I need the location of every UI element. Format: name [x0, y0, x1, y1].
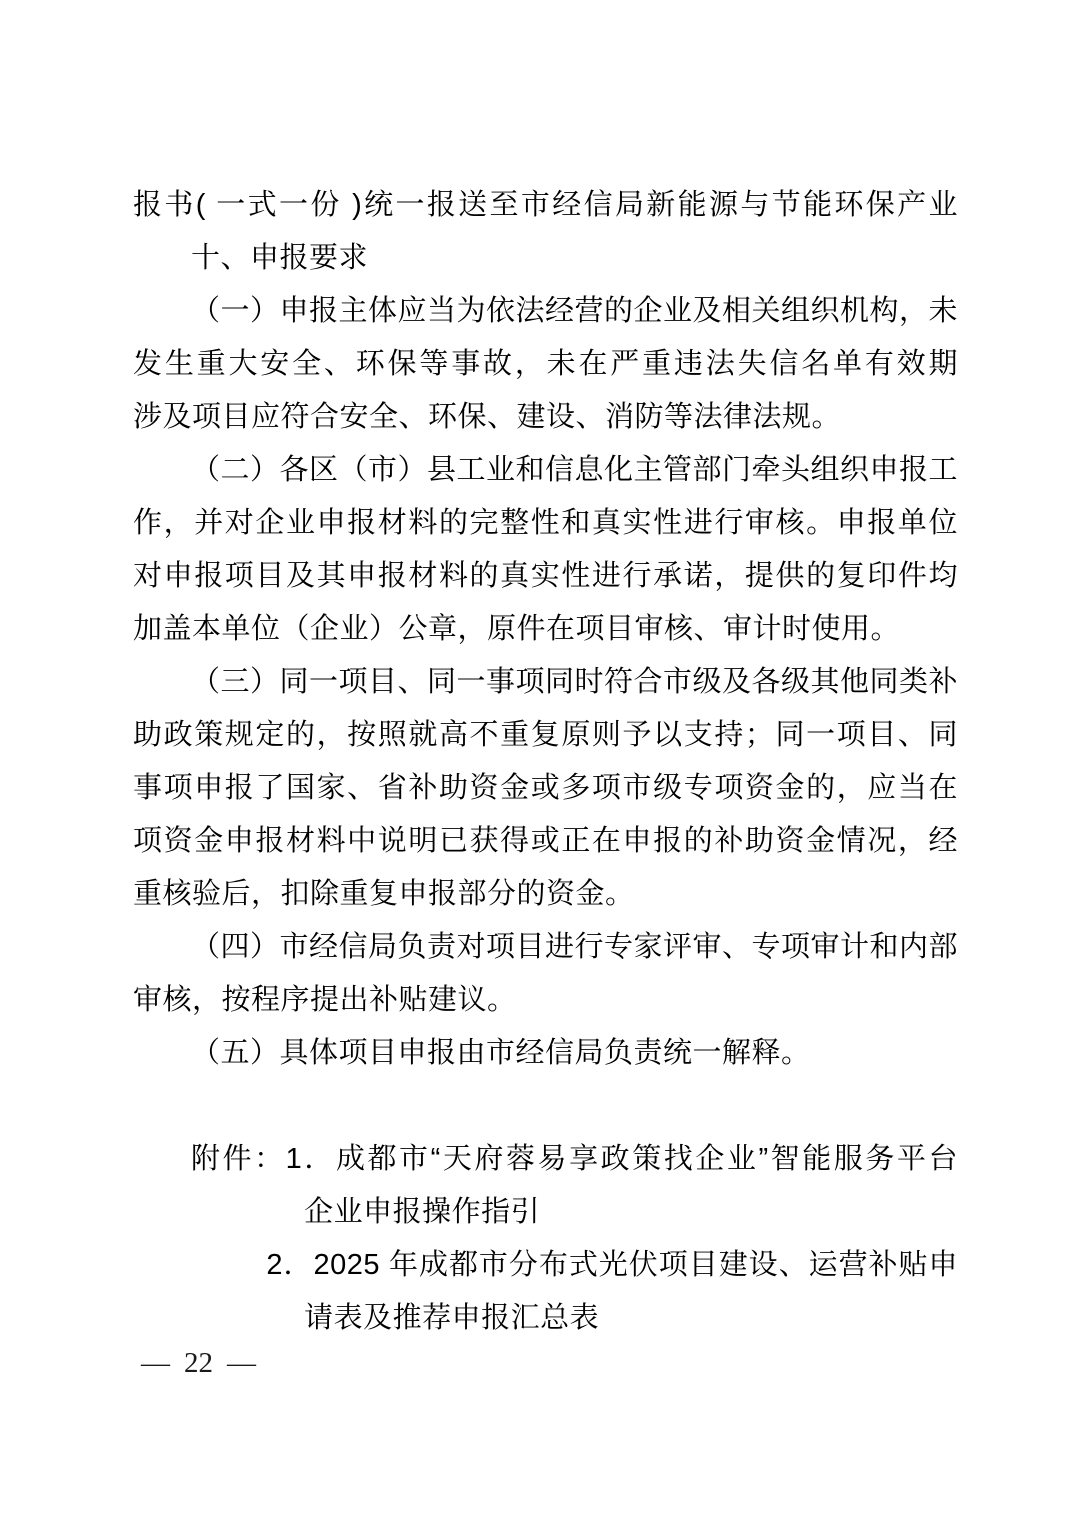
- document-body: 报书( 一式一份 )统一报送至市经信局新能源与节能环保产业处。十、申报要求（一）…: [133, 179, 958, 1345]
- paragraph: （五）具体项目申报由市经信局负责统一解释。: [133, 1027, 958, 1080]
- text-line: 审核，按程序提出补贴建议。: [133, 974, 958, 1027]
- text-line: 作，并对企业申报材料的完整性和真实性进行审核。申报单位须: [133, 497, 958, 550]
- text-line: （一）申报主体应当为依法经营的企业及相关组织机构，未: [133, 285, 958, 338]
- text-line: （五）具体项目申报由市经信局负责统一解释。: [133, 1027, 958, 1080]
- paragraph: 报书( 一式一份 )统一报送至市经信局新能源与节能环保产业处。: [133, 179, 958, 232]
- text-line: （二）各区（市）县工业和信息化主管部门牵头组织申报工: [133, 444, 958, 497]
- text-line: 加盖本单位（企业）公章，原件在项目审核、审计时使用。: [133, 603, 958, 656]
- text-line: 附件：1．成都市“天府蓉易享政策找企业”智能服务平台: [133, 1133, 958, 1186]
- text-line: 企业申报操作指引: [133, 1186, 958, 1239]
- footer-dash-right: —: [227, 1343, 256, 1383]
- paragraph: （一）申报主体应当为依法经营的企业及相关组织机构，未发生重大安全、环保等事故，未…: [133, 285, 958, 444]
- text-line: 项资金申报材料中说明已获得或正在申报的补助资金情况，经查: [133, 815, 958, 868]
- paragraph: （三）同一项目、同一事项同时符合市级及各级其他同类补助政策规定的，按照就高不重复…: [133, 656, 958, 921]
- page-footer: — 22 —: [141, 1343, 256, 1383]
- text-line: 发生重大安全、环保等事故，未在严重违法失信名单有效期内，: [133, 338, 958, 391]
- text-line: 对申报项目及其申报材料的真实性进行承诺，提供的复印件均须: [133, 550, 958, 603]
- section-heading: 十、申报要求: [133, 232, 958, 285]
- paragraph: （二）各区（市）县工业和信息化主管部门牵头组织申报工作，并对企业申报材料的完整性…: [133, 444, 958, 656]
- text-line: 重核验后，扣除重复申报部分的资金。: [133, 868, 958, 921]
- text-line: 十、申报要求: [133, 232, 958, 285]
- text-line: 请表及推荐申报汇总表: [133, 1292, 958, 1345]
- text-line: 助政策规定的，按照就高不重复原则予以支持；同一项目、同一: [133, 709, 958, 762]
- text-line: 报书( 一式一份 )统一报送至市经信局新能源与节能环保产业处。: [133, 179, 958, 232]
- text-line: 事项申报了国家、省补助资金或多项市级专项资金的，应当在专: [133, 762, 958, 815]
- footer-dash-left: —: [141, 1343, 170, 1383]
- attachment-list: 附件：1．成都市“天府蓉易享政策找企业”智能服务平台企业申报操作指引2．2025…: [133, 1133, 958, 1345]
- text-line: （四）市经信局负责对项目进行专家评审、专项审计和内部: [133, 921, 958, 974]
- text-line: （三）同一项目、同一事项同时符合市级及各级其他同类补: [133, 656, 958, 709]
- text-line: 涉及项目应符合安全、环保、建设、消防等法律法规。: [133, 391, 958, 444]
- page-number: 22: [184, 1343, 213, 1383]
- document-page: 报书( 一式一份 )统一报送至市经信局新能源与节能环保产业处。十、申报要求（一）…: [0, 0, 1080, 1528]
- paragraph: （四）市经信局负责对项目进行专家评审、专项审计和内部审核，按程序提出补贴建议。: [133, 921, 958, 1027]
- text-line: 2．2025 年成都市分布式光伏项目建设、运营补贴申: [133, 1239, 958, 1292]
